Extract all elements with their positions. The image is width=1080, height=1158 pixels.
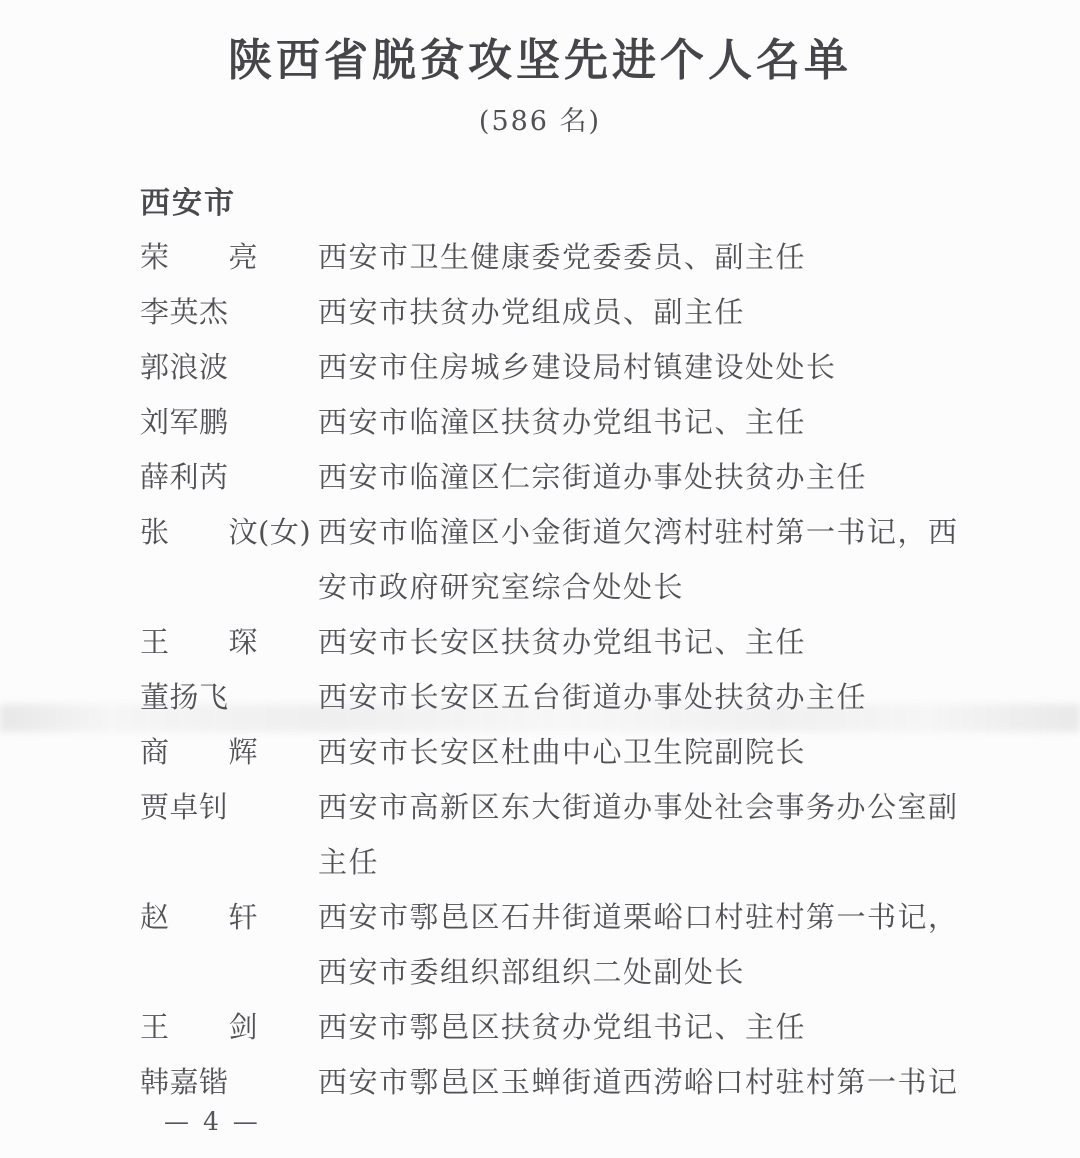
entry-row: 王 琛西安市长安区扶贫办党组书记、主任: [140, 615, 970, 670]
entry-row: 商 辉西安市长安区杜曲中心卫生院副院长: [140, 725, 970, 780]
entry-description: 西安市扶贫办党组成员、副主任: [318, 285, 970, 340]
entry-row: 王 剑西安市鄠邑区扶贫办党组书记、主任: [140, 1000, 970, 1055]
entry-description-line: 西安市长安区杜曲中心卫生院副院长: [318, 725, 970, 780]
entry-description: 西安市鄠邑区石井街道栗峪口村驻村第一书记，西安市委组织部组织二处副处长: [318, 890, 970, 1000]
entry-name: 王 剑: [140, 1000, 318, 1055]
entry-description: 西安市住房城乡建设局村镇建设处处长: [318, 340, 970, 395]
entry-row: 董扬飞西安市长安区五台街道办事处扶贫办主任: [140, 670, 970, 725]
entry-description: 西安市高新区东大街道办事处社会事务办公室副主任: [318, 780, 970, 890]
entry-row: 贾卓钊西安市高新区东大街道办事处社会事务办公室副主任: [140, 780, 970, 890]
entry-name: 商 辉: [140, 725, 318, 780]
entry-name: 张 汶(女): [140, 505, 318, 560]
entry-row: 荣 亮西安市卫生健康委党委委员、副主任: [140, 230, 970, 285]
entry-description-line: 西安市鄠邑区石井街道栗峪口村驻村第一书记，: [318, 890, 970, 945]
entry-row: 张 汶(女)西安市临潼区小金街道欠湾村驻村第一书记，西安市政府研究室综合处处长: [140, 505, 970, 615]
entry-description-line: 西安市卫生健康委党委委员、副主任: [318, 230, 970, 285]
entry-row: 赵 轩西安市鄠邑区石井街道栗峪口村驻村第一书记，西安市委组织部组织二处副处长: [140, 890, 970, 1000]
entry-name: 荣 亮: [140, 230, 318, 285]
entry-description: 西安市长安区扶贫办党组书记、主任: [318, 615, 970, 670]
entry-name: 贾卓钊: [140, 780, 318, 835]
entry-description-line: 西安市委组织部组织二处副处长: [318, 945, 970, 1000]
entry-description-line: 西安市鄠邑区扶贫办党组书记、主任: [318, 1000, 970, 1055]
entry-name: 王 琛: [140, 615, 318, 670]
entry-description-line: 西安市鄠邑区玉蝉街道西涝峪口村驻村第一书记: [318, 1055, 970, 1110]
entry-name: 刘军鹏: [140, 395, 318, 450]
entry-row: 薛利芮西安市临潼区仁宗街道办事处扶贫办主任: [140, 450, 970, 505]
entry-row: 刘军鹏西安市临潼区扶贫办党组书记、主任: [140, 395, 970, 450]
entry-name: 韩嘉锴: [140, 1055, 318, 1110]
entry-name: 郭浪波: [140, 340, 318, 395]
entry-description-line: 西安市住房城乡建设局村镇建设处处长: [318, 340, 970, 395]
entry-description: 西安市临潼区仁宗街道办事处扶贫办主任: [318, 450, 970, 505]
document-page: 陕西省脱贫攻坚先进个人名单 (586 名) 西安市 荣 亮西安市卫生健康委党委委…: [0, 0, 1080, 1158]
entry-row: 郭浪波西安市住房城乡建设局村镇建设处处长: [140, 340, 970, 395]
entry-description-line: 西安市临潼区仁宗街道办事处扶贫办主任: [318, 450, 970, 505]
section-heading-xian: 西安市: [140, 186, 236, 222]
entry-description: 西安市长安区五台街道办事处扶贫办主任: [318, 670, 970, 725]
entry-description: 西安市临潼区扶贫办党组书记、主任: [318, 395, 970, 450]
entry-row: 韩嘉锴西安市鄠邑区玉蝉街道西涝峪口村驻村第一书记: [140, 1055, 970, 1110]
document-title: 陕西省脱贫攻坚先进个人名单: [0, 34, 1080, 88]
entry-description-line: 西安市长安区扶贫办党组书记、主任: [318, 615, 970, 670]
entry-name: 赵 轩: [140, 890, 318, 945]
entry-name: 董扬飞: [140, 670, 318, 725]
entry-description: 西安市卫生健康委党委委员、副主任: [318, 230, 970, 285]
entry-description-line: 西安市扶贫办党组成员、副主任: [318, 285, 970, 340]
entry-description: 西安市临潼区小金街道欠湾村驻村第一书记，西安市政府研究室综合处处长: [318, 505, 970, 615]
entry-description-line: 西安市高新区东大街道办事处社会事务办公室副: [318, 780, 970, 835]
entry-row: 李英杰西安市扶贫办党组成员、副主任: [140, 285, 970, 340]
entry-description-line: 西安市临潼区小金街道欠湾村驻村第一书记，西: [318, 505, 970, 560]
entry-description-line: 西安市临潼区扶贫办党组书记、主任: [318, 395, 970, 450]
entry-description-line: 安市政府研究室综合处处长: [318, 560, 970, 615]
entry-description-line: 西安市长安区五台街道办事处扶贫办主任: [318, 670, 970, 725]
entry-description-line: 主任: [318, 835, 970, 890]
entry-description: 西安市鄠邑区扶贫办党组书记、主任: [318, 1000, 970, 1055]
entries-list: 荣 亮西安市卫生健康委党委委员、副主任李英杰西安市扶贫办党组成员、副主任郭浪波西…: [140, 230, 970, 1110]
entry-name: 薛利芮: [140, 450, 318, 505]
document-subtitle: (586 名): [0, 104, 1080, 140]
entry-description: 西安市长安区杜曲中心卫生院副院长: [318, 725, 970, 780]
entry-name: 李英杰: [140, 285, 318, 340]
entry-description: 西安市鄠邑区玉蝉街道西涝峪口村驻村第一书记: [318, 1055, 970, 1110]
page-number: — 4 —: [164, 1106, 261, 1138]
